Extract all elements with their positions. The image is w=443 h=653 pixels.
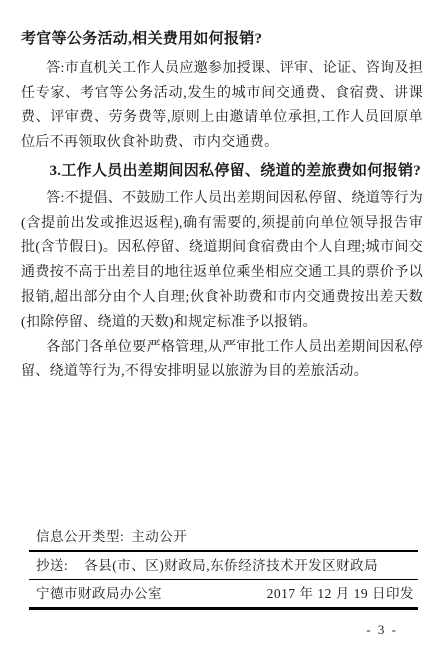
document-footer: 信息公开类型:主动公开 抄送:各县(市、区)财政局,东侨经济技术开发区财政局 宁… <box>29 523 418 610</box>
question-heading-continued: 考官等公务活动,相关费用如何报销? <box>21 27 423 52</box>
answer-paragraph-1: 答:市直机关工作人员应邀参加授课、评审、论证、咨询及担任专家、考官等公务活动,发… <box>21 57 423 156</box>
cc-row: 抄送:各县(市、区)财政局,东侨经济技术开发区财政局 <box>29 552 418 580</box>
question-3-heading: 3.工作人员出差期间因私停留、绕道的差旅费如何报销? <box>21 159 423 184</box>
info-disclosure-row: 信息公开类型:主动公开 <box>29 523 418 552</box>
info-disclosure-label: 信息公开类型: <box>36 529 124 544</box>
issuer-row: 宁德市财政局办公室 2017 年 12 月 19 日印发 <box>29 580 418 610</box>
closing-paragraph: 各部门各单位要严格管理,从严审批工作人员出差期间因私停留、绕道等行为,不得安排明… <box>21 336 423 386</box>
issue-date: 2017 年 12 月 19 日印发 <box>267 584 414 603</box>
cc-value: 各县(市、区)财政局,东侨经济技术开发区财政局 <box>84 558 378 573</box>
page-number: - 3 - <box>366 622 398 638</box>
cc-label: 抄送: <box>36 558 68 573</box>
answer-paragraph-2: 答:不提倡、不鼓励工作人员出差期间因私停留、绕道等行为(含提前出发或推迟返程),… <box>21 187 423 336</box>
info-disclosure-value: 主动公开 <box>131 529 187 544</box>
issuing-office: 宁德市财政局办公室 <box>36 584 162 603</box>
document-body: 考官等公务活动,相关费用如何报销? 答:市直机关工作人员应邀参加授课、评审、论证… <box>21 27 423 385</box>
document-page: 考官等公务活动,相关费用如何报销? 答:市直机关工作人员应邀参加授课、评审、论证… <box>0 0 443 653</box>
